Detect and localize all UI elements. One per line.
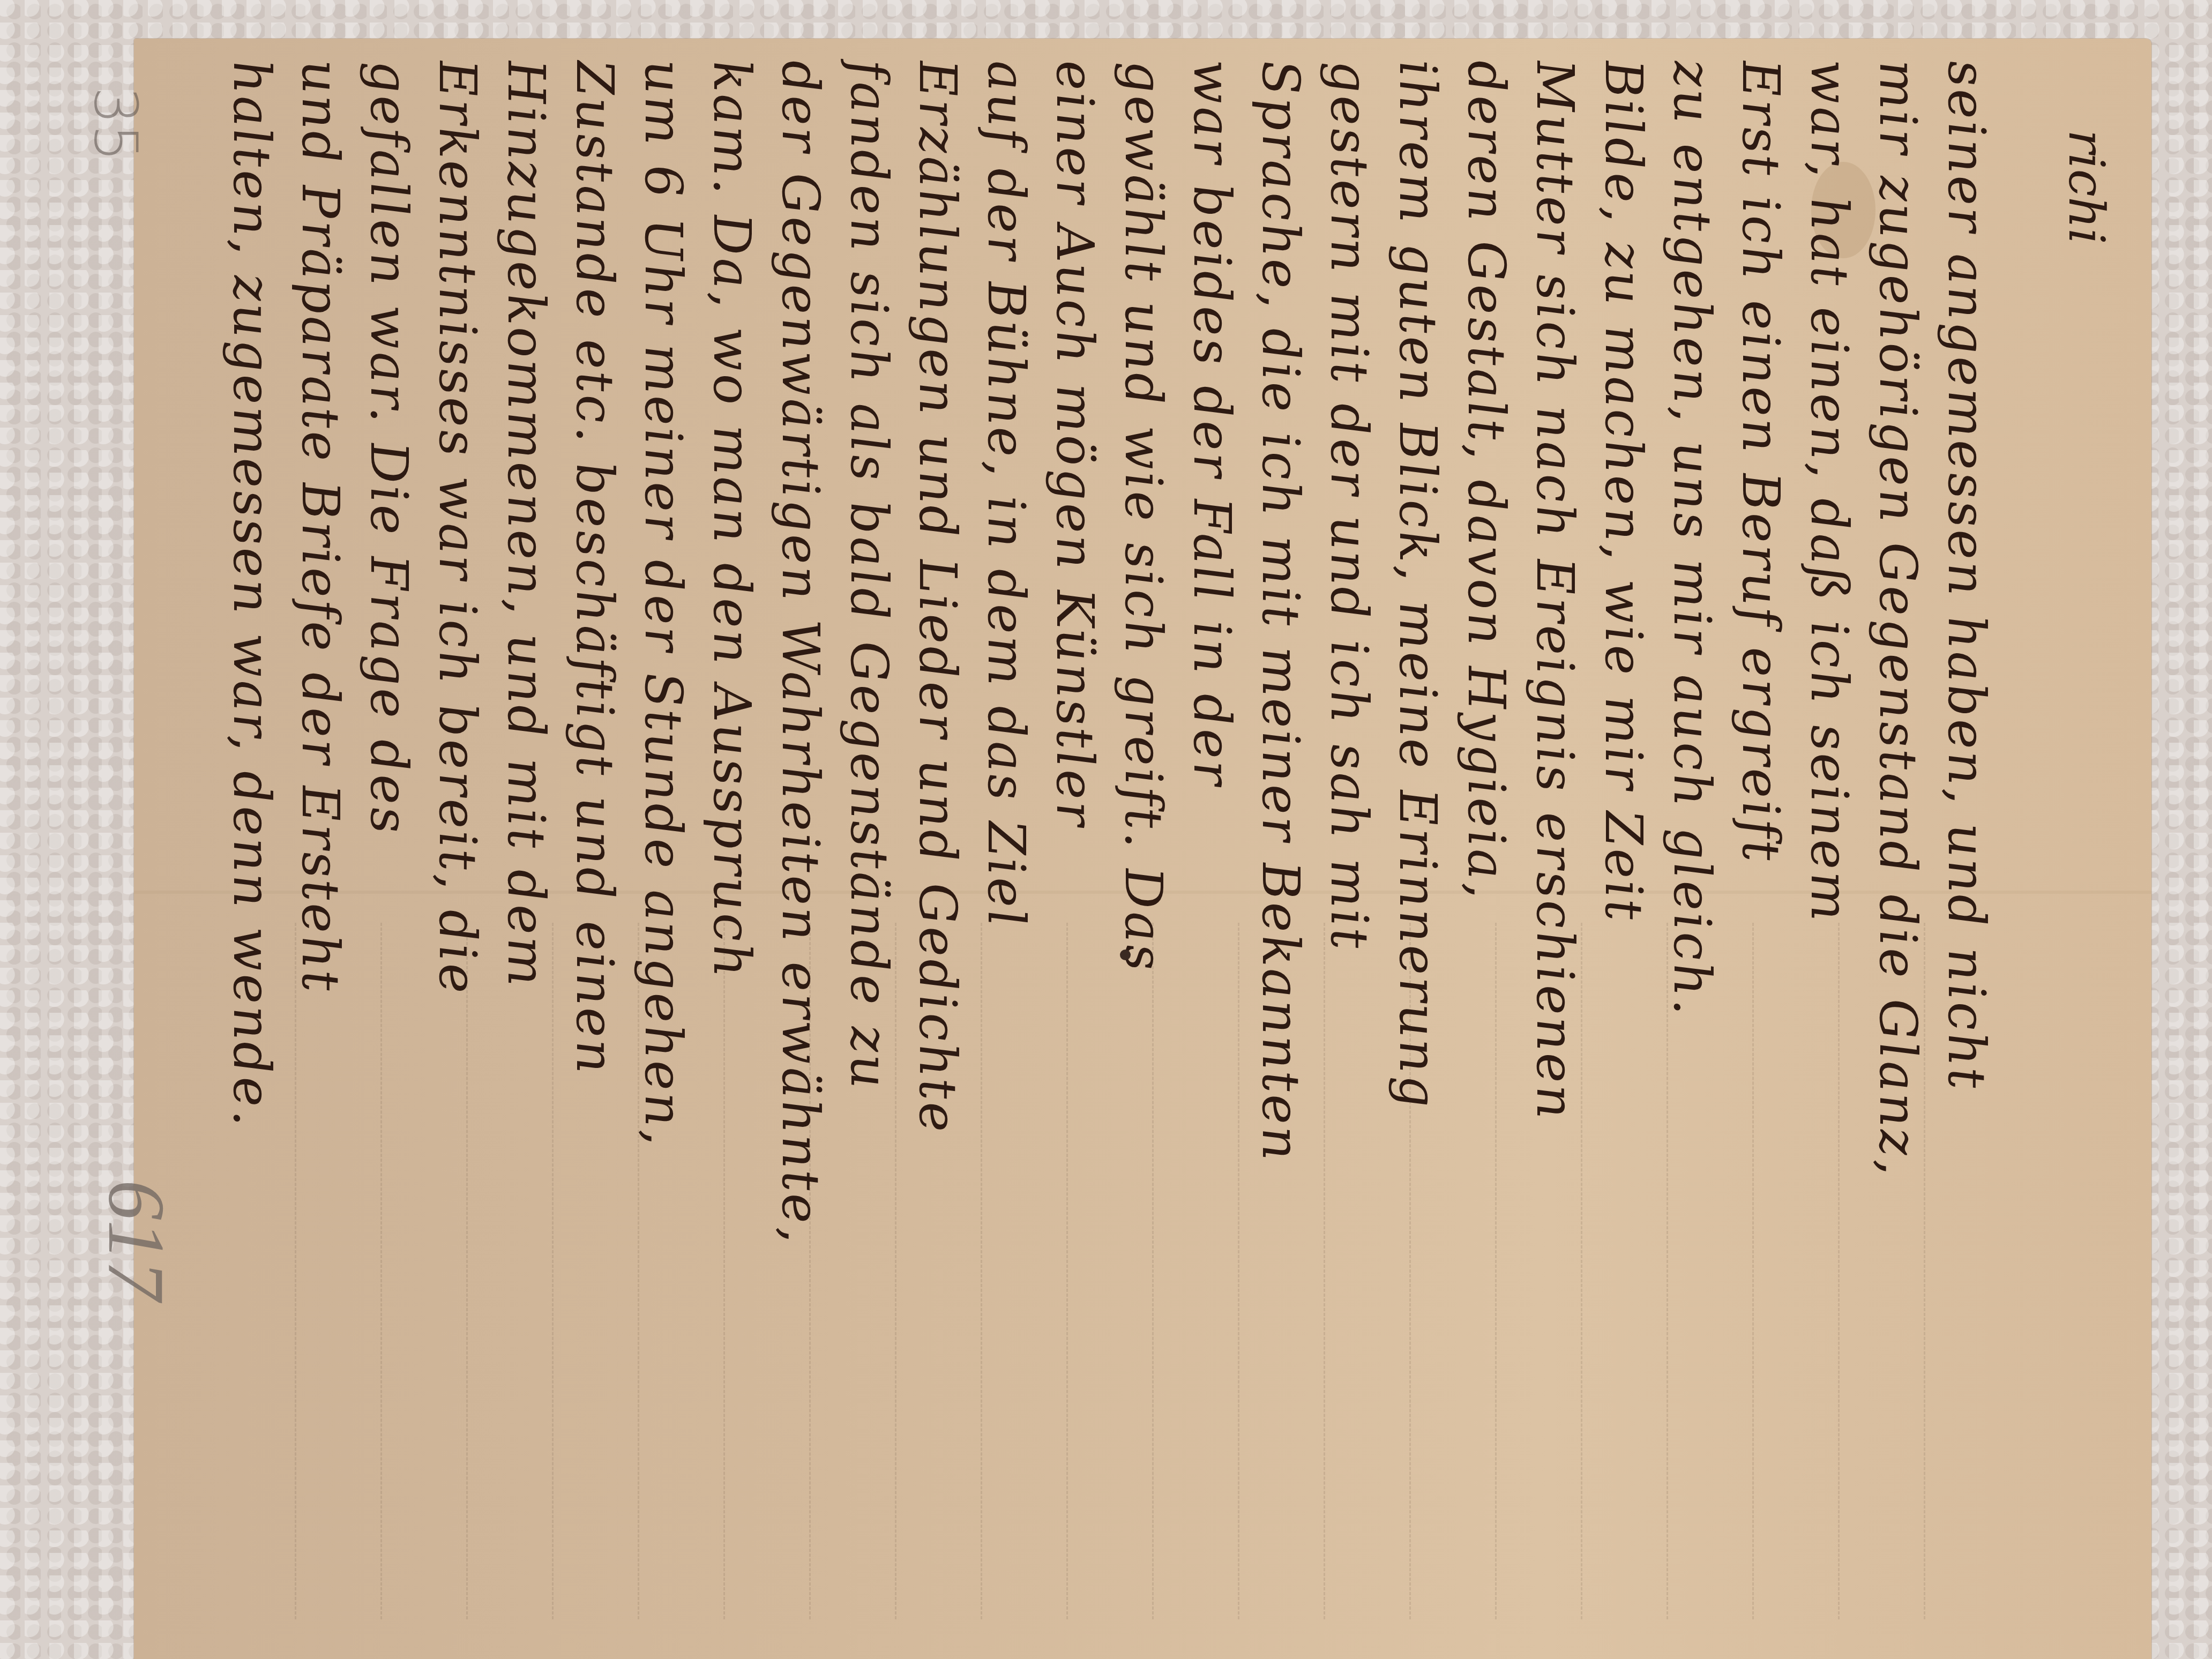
text-line: um 6 Uhr meiner der Stunde angehen, [637,58,690,1148]
text-line: Erst ich einen Beruf ergreift [1734,58,1788,865]
text-line: gewählt und wie sich greift. Das [1117,58,1170,975]
text-line: fanden sich als bald Gegenstände zu [842,58,896,1092]
text-line: Erkenntnisses war ich bereit, die [431,58,484,998]
text-line: seiner angemessen haben, und nicht [1940,58,1993,1093]
pencil-page-number: 35 [81,87,150,162]
manuscript-sheet: 35 617 halten, zugemessen war, denn wend… [134,39,2151,1659]
text-line: Hinzugekommenen, und mit dem [499,58,553,990]
text-line: Erzählungen und Lieder und Gedichte [911,58,965,1136]
text-line: Bilde, zu machen, wie mir Zeit [1597,58,1650,924]
text-line: gestern mit der und ich sah mit [1322,58,1376,953]
text-line: Zustande etc. beschäftigt und einen [568,58,622,1077]
text-line: der Gegenwärtigen Wahrheiten erwähnte, [774,58,827,1246]
text-line: halten, zugemessen war, denn wende. [225,58,279,1130]
text-line: gefallen war. Die Frage des [362,58,416,837]
pencil-archive-number: 617 [90,1180,182,1301]
text-line: ihrem guten Blick, meine Erinnerung [1391,58,1445,1112]
text-line: deren Gestalt, davon Hygieia, [1460,58,1513,902]
text-line: war, hat einen, daß ich seinem [1803,58,1856,925]
text-line: kam. Da, wo man den Ausspruch [705,58,759,981]
handwritten-text-block: halten, zugemessen war, denn wende. und … [225,60,2058,950]
text-line: auf der Bühne, in dem das Ziel [980,58,1033,930]
verso-bleed-through [295,923,1956,1619]
text-line: Sprache, die ich mit meiner Bekannten [1254,58,1307,1164]
catchword: richi [2058,130,2115,244]
text-line: war beides der Fall in der [1185,58,1239,790]
text-line: und Präparate Briefe der Ersteht [294,58,347,996]
text-line: mir zugehörigen Gegenstand die Glanz, [1871,58,1925,1178]
text-line: zu entgehen, uns mir auch gleich. [1665,58,1719,1018]
text-line: Mutter sich nach Ereignis erschienen [1528,58,1582,1123]
text-line: einer Auch mögen Künstler [1048,58,1102,831]
ink-spot [1120,950,1131,960]
